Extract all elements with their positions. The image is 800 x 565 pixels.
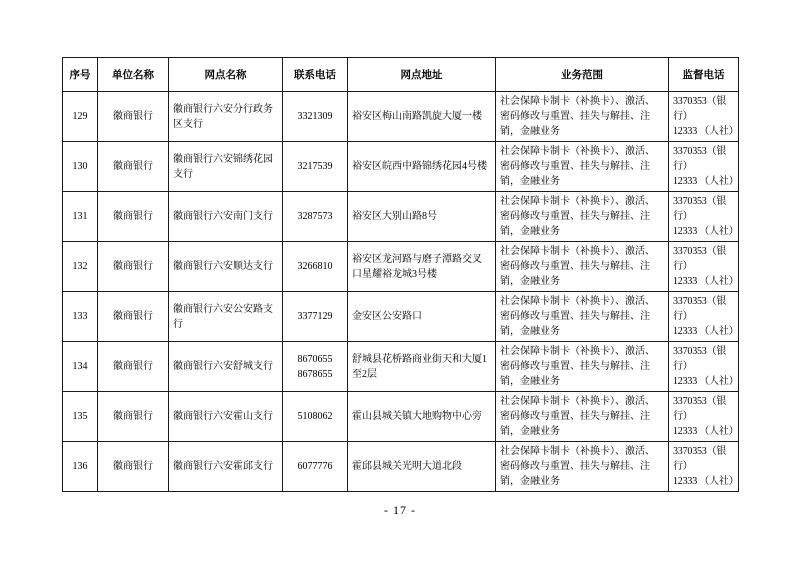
cell-phone: 3287573 [283,192,348,242]
cell-branch: 徽商银行六安霍山支行 [169,392,283,442]
table-row: 129 徽商银行 徽商银行六安分行政务区支行 3321309 裕安区梅山南路凯旋… [63,92,739,142]
cell-seq: 130 [63,142,98,192]
cell-unit: 徽商银行 [98,292,169,342]
cell-phone: 6077776 [283,442,348,492]
header-unit: 单位名称 [98,58,169,92]
cell-unit: 徽商银行 [98,442,169,492]
cell-seq: 134 [63,342,98,392]
cell-address: 霍山县城关镇大地购物中心旁 [348,392,496,442]
service-network-table: 序号 单位名称 网点名称 联系电话 网点地址 业务范围 监督电话 129 徽商银… [62,57,739,492]
table-row: 136 徽商银行 徽商银行六安霍邱支行 6077776 霍邱县城关光明大道北段 … [63,442,739,492]
cell-supervision: 3370353（银行） 12333 （人社） [669,142,739,192]
table-row: 131 徽商银行 徽商银行六安南门支行 3287573 裕安区大别山路8号 社会… [63,192,739,242]
cell-supervision: 3370353（银行） 12333 （人社） [669,92,739,142]
header-scope: 业务范围 [496,58,669,92]
header-phone: 联系电话 [283,58,348,92]
cell-scope: 社会保障卡制卡（补换卡）、激活、密码修改与重置、挂失与解挂、注销，金融业务 [496,192,669,242]
cell-scope: 社会保障卡制卡（补换卡）、激活、密码修改与重置、挂失与解挂、注销，金融业务 [496,342,669,392]
cell-phone: 3321309 [283,92,348,142]
cell-seq: 135 [63,392,98,442]
cell-supervision: 3370353（银行） 12333 （人社） [669,242,739,292]
cell-seq: 129 [63,92,98,142]
cell-address: 霍邱县城关光明大道北段 [348,442,496,492]
table-row: 134 徽商银行 徽商银行六安舒城支行 8670655 8678655 舒城县花… [63,342,739,392]
cell-phone: 3377129 [283,292,348,342]
cell-unit: 徽商银行 [98,92,169,142]
table-row: 130 徽商银行 徽商银行六安锦绣花园支行 3217539 裕安区皖西中路锦绣花… [63,142,739,192]
cell-address: 金安区公安路口 [348,292,496,342]
table-row: 132 徽商银行 徽商银行六安顺达支行 3266810 裕安区龙河路与磨子潭路交… [63,242,739,292]
page-number: - 17 - [0,503,800,518]
cell-phone: 3217539 [283,142,348,192]
cell-address: 舒城县花桥路商业街天和大厦1至2层 [348,342,496,392]
table-header-row: 序号 单位名称 网点名称 联系电话 网点地址 业务范围 监督电话 [63,58,739,92]
header-branch: 网点名称 [169,58,283,92]
cell-unit: 徽商银行 [98,392,169,442]
cell-supervision: 3370353（银行） 12333 （人社） [669,442,739,492]
cell-supervision: 3370353（银行） 12333 （人社） [669,342,739,392]
cell-scope: 社会保障卡制卡（补换卡）、激活、密码修改与重置、挂失与解挂、注销，金融业务 [496,242,669,292]
table-row: 133 徽商银行 徽商银行六安公安路支行 3377129 金安区公安路口 社会保… [63,292,739,342]
cell-unit: 徽商银行 [98,192,169,242]
cell-branch: 徽商银行六安锦绣花园支行 [169,142,283,192]
cell-scope: 社会保障卡制卡（补换卡）、激活、密码修改与重置、挂失与解挂、注销，金融业务 [496,392,669,442]
header-supervision: 监督电话 [669,58,739,92]
cell-unit: 徽商银行 [98,342,169,392]
cell-seq: 133 [63,292,98,342]
cell-unit: 徽商银行 [98,142,169,192]
cell-branch: 徽商银行六安公安路支行 [169,292,283,342]
cell-address: 裕安区大别山路8号 [348,192,496,242]
cell-supervision: 3370353（银行） 12333 （人社） [669,192,739,242]
cell-branch: 徽商银行六安分行政务区支行 [169,92,283,142]
cell-address: 裕安区梅山南路凯旋大厦一楼 [348,92,496,142]
cell-branch: 徽商银行六安顺达支行 [169,242,283,292]
cell-phone: 5108062 [283,392,348,442]
cell-supervision: 3370353（银行） 12333 （人社） [669,392,739,442]
cell-address: 裕安区皖西中路锦绣花园4号楼 [348,142,496,192]
cell-phone: 3266810 [283,242,348,292]
cell-branch: 徽商银行六安舒城支行 [169,342,283,392]
cell-branch: 徽商银行六安南门支行 [169,192,283,242]
cell-scope: 社会保障卡制卡（补换卡）、激活、密码修改与重置、挂失与解挂、注销，金融业务 [496,292,669,342]
cell-scope: 社会保障卡制卡（补换卡）、激活、密码修改与重置、挂失与解挂、注销，金融业务 [496,442,669,492]
cell-seq: 131 [63,192,98,242]
cell-scope: 社会保障卡制卡（补换卡）、激活、密码修改与重置、挂失与解挂、注销，金融业务 [496,92,669,142]
cell-address: 裕安区龙河路与磨子潭路交叉口星耀裕龙城3号楼 [348,242,496,292]
document-page: 序号 单位名称 网点名称 联系电话 网点地址 业务范围 监督电话 129 徽商银… [0,0,800,565]
cell-branch: 徽商银行六安霍邱支行 [169,442,283,492]
cell-seq: 136 [63,442,98,492]
header-seq: 序号 [63,58,98,92]
cell-scope: 社会保障卡制卡（补换卡）、激活、密码修改与重置、挂失与解挂、注销，金融业务 [496,142,669,192]
header-address: 网点地址 [348,58,496,92]
cell-phone: 8670655 8678655 [283,342,348,392]
cell-unit: 徽商银行 [98,242,169,292]
table-row: 135 徽商银行 徽商银行六安霍山支行 5108062 霍山县城关镇大地购物中心… [63,392,739,442]
cell-seq: 132 [63,242,98,292]
cell-supervision: 3370353（银行） 12333 （人社） [669,292,739,342]
